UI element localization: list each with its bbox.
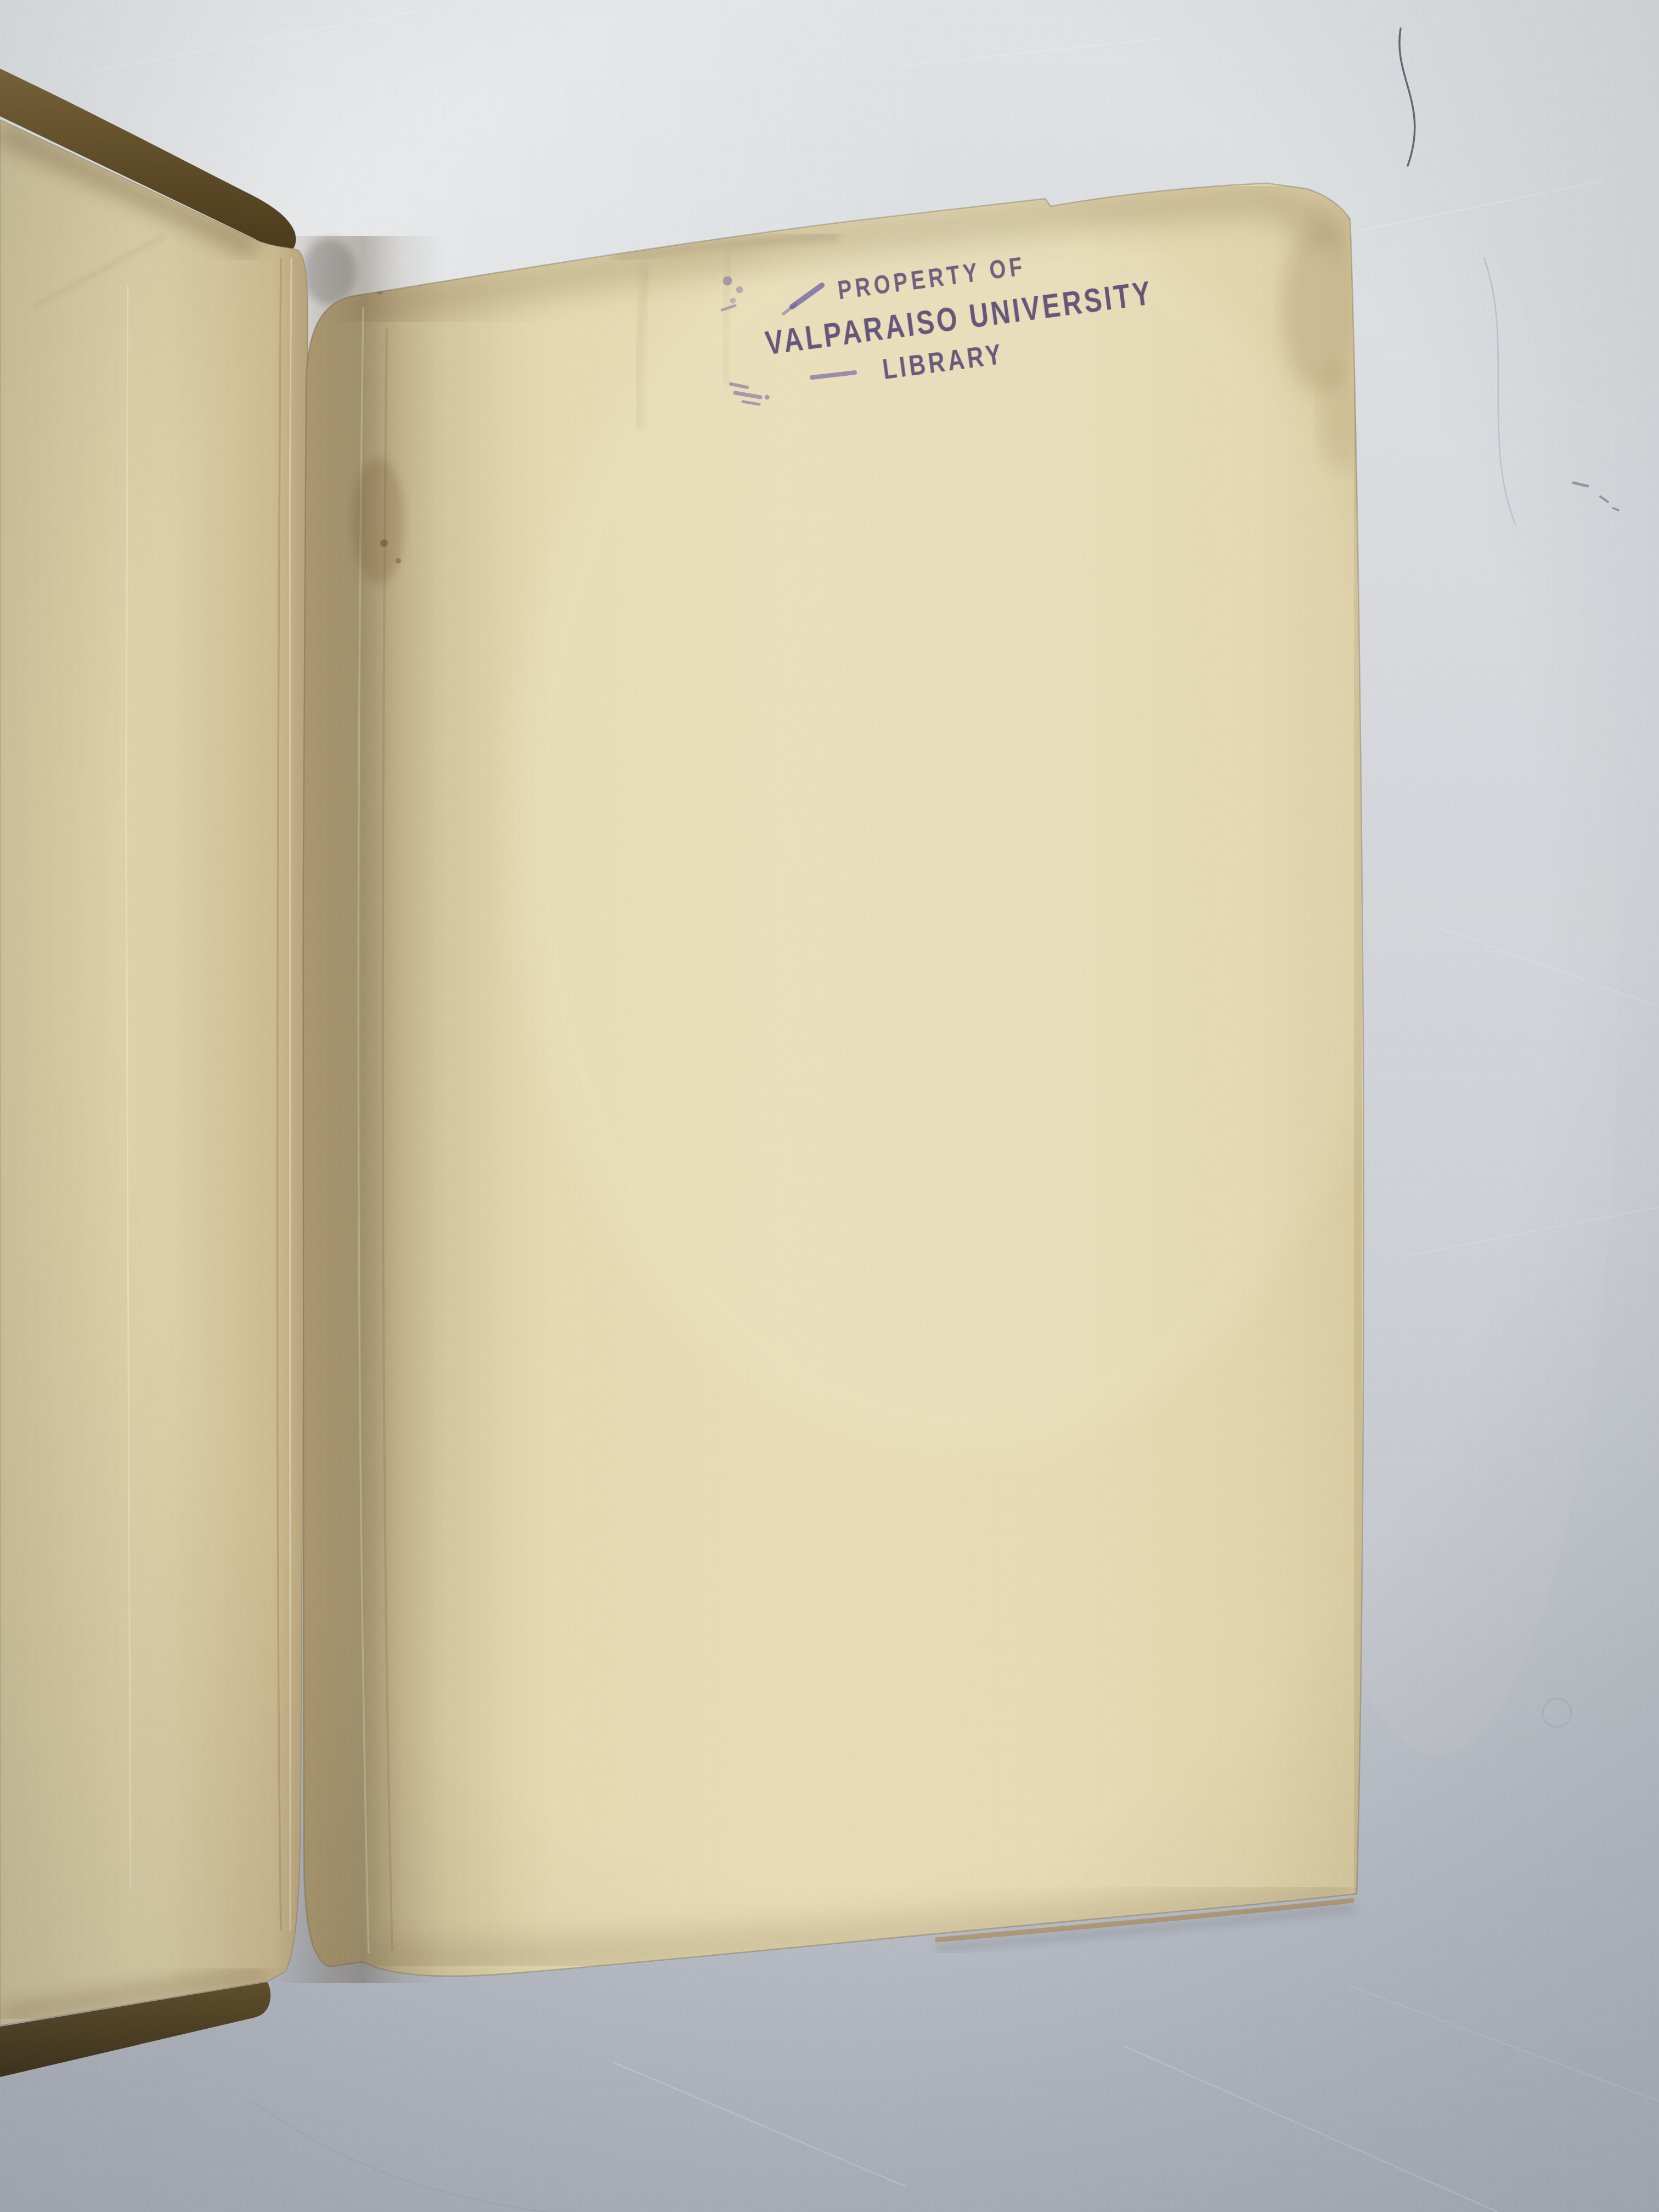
book-photo: PROPERTY OF VALPARAISO UNIVERSITY LIBRAR… <box>0 0 1659 2212</box>
